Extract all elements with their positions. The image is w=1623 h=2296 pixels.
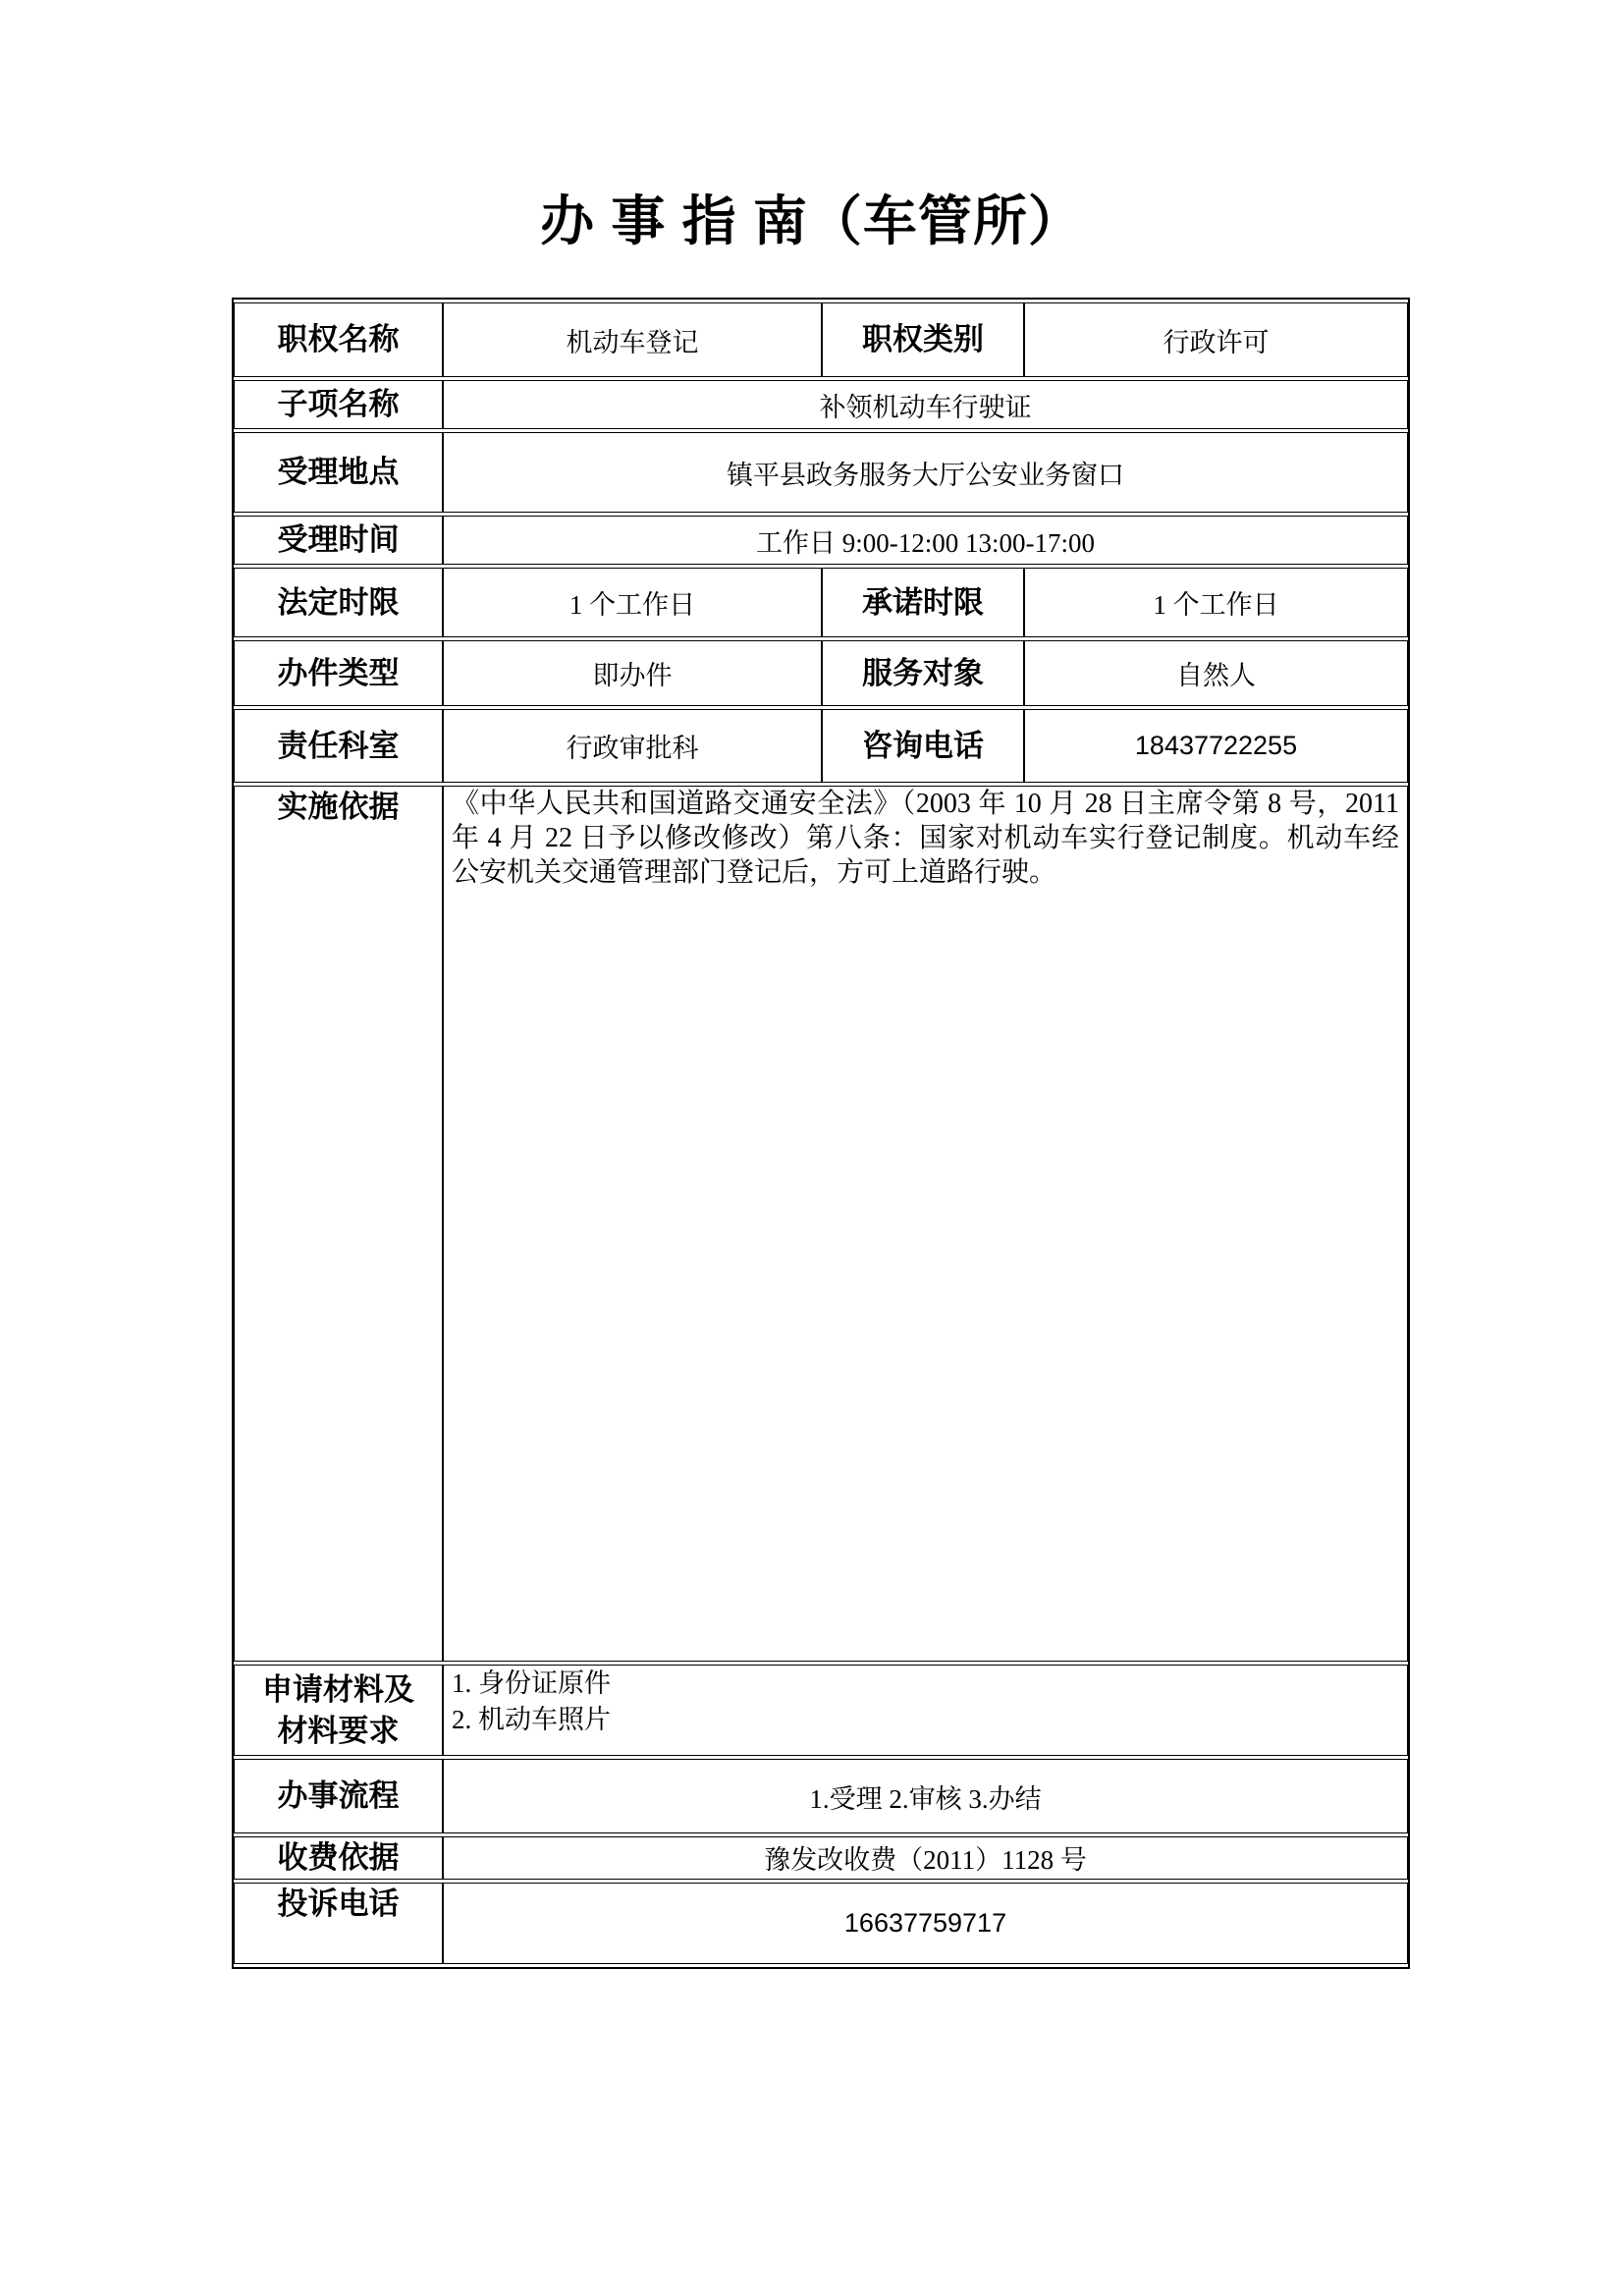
value-power-name: 机动车登记 xyxy=(443,302,822,377)
material-item: 2. 机动车照片 xyxy=(452,1702,1399,1738)
value-promised-time-limit: 1 个工作日 xyxy=(1024,568,1408,637)
value-case-type: 即办件 xyxy=(443,640,822,706)
value-process-flow: 1.受理 2.审核 3.办结 xyxy=(443,1759,1408,1833)
value-complaint-phone: 16637759717 xyxy=(443,1883,1408,1964)
value-fee-basis: 豫发改收费（2011）1128 号 xyxy=(443,1836,1408,1880)
label-application-materials: 申请材料及 材料要求 xyxy=(234,1665,443,1756)
table-row: 责任科室 行政审批科 咨询电话 18437722255 xyxy=(234,709,1408,783)
label-inquiry-phone: 咨询电话 xyxy=(822,709,1024,783)
value-accept-time: 工作日 9:00-12:00 13:00-17:00 xyxy=(443,516,1408,565)
label-subitem-name: 子项名称 xyxy=(234,380,443,429)
label-responsible-office: 责任科室 xyxy=(234,709,443,783)
label-application-materials-line2: 材料要求 xyxy=(243,1711,434,1752)
table-row: 受理地点 镇平县政务服务大厅公安业务窗口 xyxy=(234,432,1408,513)
label-accept-time: 受理时间 xyxy=(234,516,443,565)
material-item: 1. 身份证原件 xyxy=(452,1666,1399,1702)
document-page: 办 事 指 南（车管所） 职权名称 机动车登记 职权类别 行政许可 子项名称 补… xyxy=(0,0,1623,2296)
label-service-target: 服务对象 xyxy=(822,640,1024,706)
value-subitem-name: 补领机动车行驶证 xyxy=(443,380,1408,429)
value-implementation-basis: 《中华人民共和国道路交通安全法》（2003 年 10 月 28 日主席令第 8 … xyxy=(443,786,1408,1662)
table-row: 实施依据 《中华人民共和国道路交通安全法》（2003 年 10 月 28 日主席… xyxy=(234,786,1408,1662)
document-title: 办 事 指 南（车管所） xyxy=(0,189,1623,253)
label-application-materials-line1: 申请材料及 xyxy=(243,1669,434,1711)
label-legal-time-limit: 法定时限 xyxy=(234,568,443,637)
label-implementation-basis: 实施依据 xyxy=(234,786,443,1662)
table-row: 法定时限 1 个工作日 承诺时限 1 个工作日 xyxy=(234,568,1408,637)
label-accept-location: 受理地点 xyxy=(234,432,443,513)
table-row: 申请材料及 材料要求 1. 身份证原件 2. 机动车照片 xyxy=(234,1665,1408,1756)
table-row: 子项名称 补领机动车行驶证 xyxy=(234,380,1408,429)
label-case-type: 办件类型 xyxy=(234,640,443,706)
value-legal-time-limit: 1 个工作日 xyxy=(443,568,822,637)
value-service-target: 自然人 xyxy=(1024,640,1408,706)
label-power-name: 职权名称 xyxy=(234,302,443,377)
table-row: 投诉电话 16637759717 xyxy=(234,1883,1408,1964)
label-promised-time-limit: 承诺时限 xyxy=(822,568,1024,637)
table-row: 职权名称 机动车登记 职权类别 行政许可 xyxy=(234,302,1408,377)
value-power-category: 行政许可 xyxy=(1024,302,1408,377)
value-responsible-office: 行政审批科 xyxy=(443,709,822,783)
label-fee-basis: 收费依据 xyxy=(234,1836,443,1880)
service-guide-table: 职权名称 机动车登记 职权类别 行政许可 子项名称 补领机动车行驶证 受理地点 … xyxy=(232,298,1410,1969)
value-inquiry-phone: 18437722255 xyxy=(1024,709,1408,783)
value-accept-location: 镇平县政务服务大厅公安业务窗口 xyxy=(443,432,1408,513)
value-application-materials: 1. 身份证原件 2. 机动车照片 xyxy=(443,1665,1408,1756)
label-process-flow: 办事流程 xyxy=(234,1759,443,1833)
label-power-category: 职权类别 xyxy=(822,302,1024,377)
table-row: 办件类型 即办件 服务对象 自然人 xyxy=(234,640,1408,706)
table-row: 收费依据 豫发改收费（2011）1128 号 xyxy=(234,1836,1408,1880)
table-row: 办事流程 1.受理 2.审核 3.办结 xyxy=(234,1759,1408,1833)
label-complaint-phone: 投诉电话 xyxy=(234,1883,443,1964)
table-row: 受理时间 工作日 9:00-12:00 13:00-17:00 xyxy=(234,516,1408,565)
